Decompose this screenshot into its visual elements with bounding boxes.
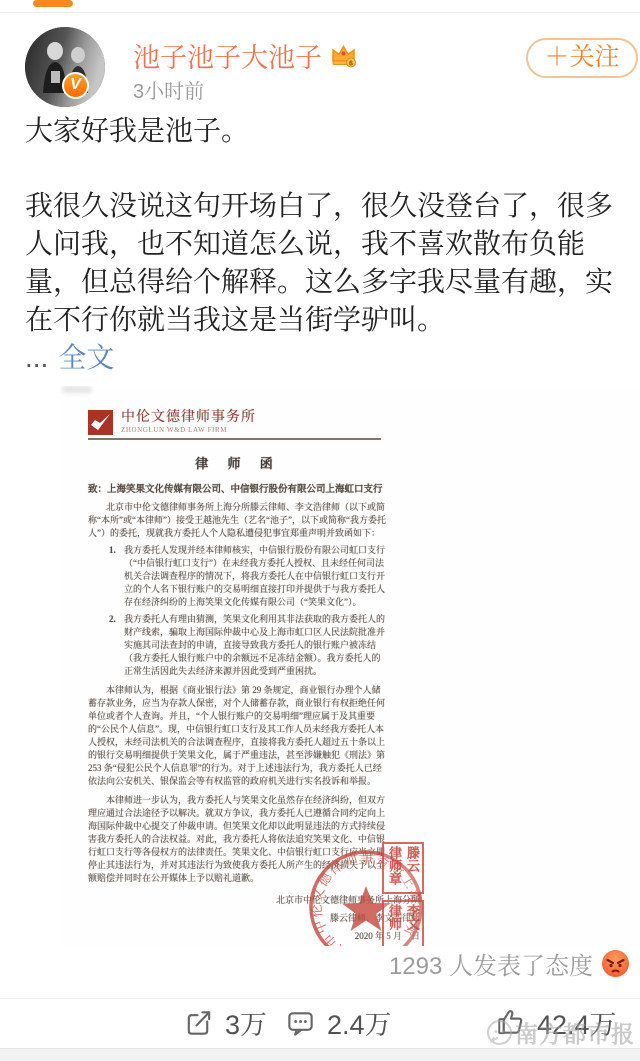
repost-icon <box>183 1007 214 1038</box>
vip-level: 6 <box>349 61 353 68</box>
username[interactable]: 池子池子大池子 <box>133 36 322 75</box>
post-greeting: 大家好我是池子。 <box>25 112 619 150</box>
letter-intro: 北京市中伦文德律师事务所上海分所滕云律师、李文浩律师（以下或简称“本所”或“本律… <box>88 501 388 540</box>
comment-count: 2.4万 <box>327 1003 392 1042</box>
seal-text: 律师 <box>386 904 402 946</box>
header-divider <box>0 12 640 13</box>
reaction-summary[interactable]: 1293 人发表了态度 <box>389 946 630 981</box>
comment-icon <box>285 1007 316 1038</box>
item-text: 我方委托人发现并经本律师核实，中信银行股份有限公司虹口支行（“中信银行虹口支行”… <box>124 545 385 607</box>
law-firm-logo-icon <box>88 410 113 435</box>
item-number: 2. <box>109 613 116 626</box>
reaction-count-text: 1293 人发表了态度 <box>389 946 593 981</box>
verified-badge: V <box>62 72 89 99</box>
vip-crown-icon: 6 <box>330 43 357 68</box>
letter-image[interactable]: 中伦文德律师事务所 ZHONGLUN W&D LAW FIRM 律 师 函 致：… <box>60 386 640 946</box>
full-text-link[interactable]: 全文 <box>58 342 114 373</box>
law-firm-name-cn: 中伦文德律师事务所 <box>121 410 256 426</box>
seal-text: 滕云 <box>404 846 420 892</box>
seal-text: 李文 <box>404 904 420 946</box>
letter-item-1: 1. 我方委托人发现并经本律师核实，中信银行股份有限公司虹口支行（“中信银行虹口… <box>124 544 387 609</box>
repost-count: 3万 <box>225 1003 267 1042</box>
item-text: 我方委托人有理由猜测，笑果文化利用其非法获取的我方委托人的财产线索，骗取上海国际… <box>124 614 385 676</box>
letter-title: 律 师 函 <box>88 453 388 472</box>
post-text: 大家好我是池子。 我很久没说这句开场白了，很久没登台了，很多人问我，也不知道怎么… <box>25 112 619 377</box>
card-separator <box>0 1048 640 1061</box>
lawyer-seal-tengyun: 律师章 滕云 <box>382 842 424 894</box>
press-watermark: 南方都市报 <box>486 1016 635 1049</box>
letter-recipients: 致：上海笑果文化传媒有限公司、中信银行股份有限公司上海虹口支行 <box>88 484 388 497</box>
repost-button[interactable]: 3万 <box>183 1004 267 1040</box>
letter-paragraph-opinion: 本律师认为，根据《商业银行法》第 29 条规定，商业银行办理个人储蓄存款业务，应… <box>88 684 386 788</box>
press-name: 南方都市报 <box>515 1016 635 1049</box>
item-number: 1. <box>109 544 116 557</box>
timestamp: 3小时前 <box>133 75 204 104</box>
scan-artifact <box>62 386 92 393</box>
letterhead-rule <box>88 438 381 440</box>
seal-text: 律师章 <box>386 846 402 892</box>
comment-button[interactable]: 2.4万 <box>285 1004 392 1040</box>
truncation-ellipsis: ... <box>25 342 48 373</box>
post-body: 我很久没说这句开场白了，很久没登台了，很多人问我，也不知道怎么说，我不喜欢散布负… <box>25 187 619 339</box>
letter-item-2: 2. 我方委托人有理由猜测，笑果文化利用其非法获取的我方委托人的财产线索，骗取上… <box>124 613 387 678</box>
press-logo-icon <box>486 1019 513 1046</box>
law-firm-name-en: ZHONGLUN W&D LAW FIRM <box>121 426 256 435</box>
action-bar-divider <box>0 998 640 999</box>
follow-button[interactable]: ＋关注 <box>526 38 638 78</box>
angry-emoji <box>601 949 630 978</box>
active-tab-indicator <box>33 0 73 7</box>
lawyer-seal-liwenhao: 律师 李文 <box>382 900 424 946</box>
